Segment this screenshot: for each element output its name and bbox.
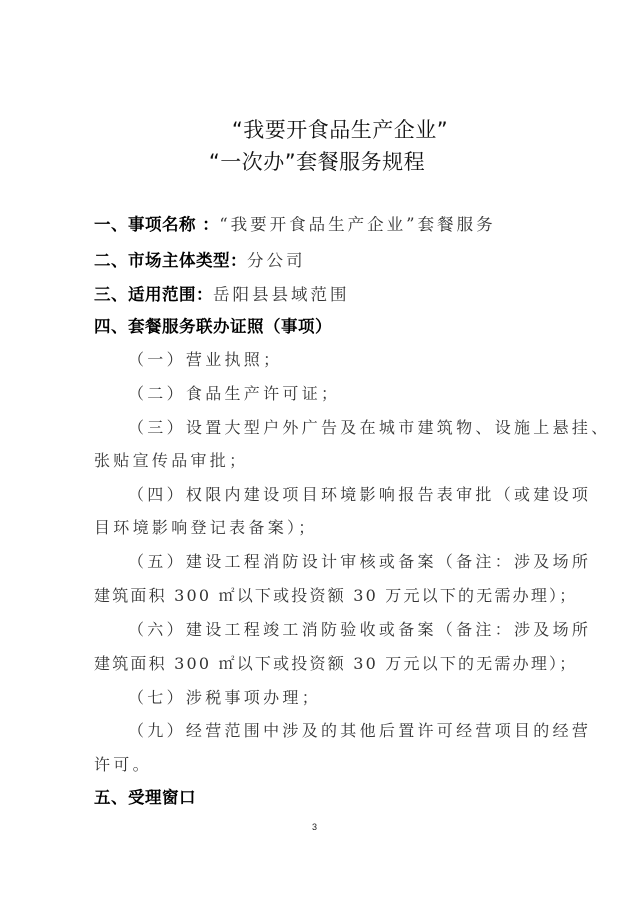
- list-item-continuation: 目环境影响登记表备案）；: [94, 517, 318, 539]
- list-item: （一）营业执照；: [128, 349, 282, 371]
- section-label: 五、受理窗口: [94, 788, 196, 807]
- list-item-continuation: 许可。: [94, 754, 152, 776]
- section-value: 分公司: [247, 251, 306, 270]
- list-item: （四）权限内建设项目环境影响报告表审批（或建设项: [128, 484, 591, 506]
- section-joint-licenses: 四、套餐服务联办证照（事项）: [94, 316, 332, 338]
- list-item: （九）经营范围中涉及的其他后置许可经营项目的经营: [128, 720, 591, 742]
- list-item: （五）建设工程消防设计审核或备案（备注：涉及场所: [128, 551, 591, 573]
- section-label: 一、事项名称 ：: [94, 215, 219, 234]
- document-title-line-1: “我要开食品生产企业”: [0, 114, 634, 144]
- page-number: 3: [312, 822, 317, 832]
- section-scope: 三、适用范围：岳阳县县域范围: [94, 284, 350, 306]
- document-page: “我要开食品生产企业” “一次办”套餐服务规程 一、事项名称 ：“我要开食品生产…: [0, 0, 634, 898]
- list-item-continuation: 张贴宣传品审批；: [94, 450, 248, 472]
- section-label: 二、市场主体类型：: [94, 251, 247, 270]
- section-entity-type: 二、市场主体类型：分公司: [94, 250, 306, 272]
- section-value: “我要开食品生产企业”套餐服务: [219, 215, 495, 234]
- document-title-line-2: “一次办”套餐服务规程: [0, 146, 634, 176]
- section-label: 三、适用范围：: [94, 285, 213, 304]
- list-item: （七）涉税事项办理；: [128, 687, 321, 709]
- list-item: （三）设置大型户外广告及在城市建筑物、设施上悬挂、: [128, 417, 611, 439]
- list-item-continuation: 建筑面积 300 ㎡以下或投资额 30 万元以下的无需办理）；: [94, 585, 577, 607]
- list-item: （六）建设工程竣工消防验收或备案（备注：涉及场所: [128, 619, 591, 641]
- section-label: 四、套餐服务联办证照（事项）: [94, 317, 332, 336]
- section-item-name: 一、事项名称 ：“我要开食品生产企业”套餐服务: [94, 214, 496, 236]
- list-item-continuation: 建筑面积 300 ㎡以下或投资额 30 万元以下的无需办理）；: [94, 653, 577, 675]
- list-item: （二）食品生产许可证；: [128, 383, 340, 405]
- section-service-window: 五、受理窗口: [94, 787, 196, 809]
- section-value: 岳阳县县域范围: [213, 285, 350, 304]
